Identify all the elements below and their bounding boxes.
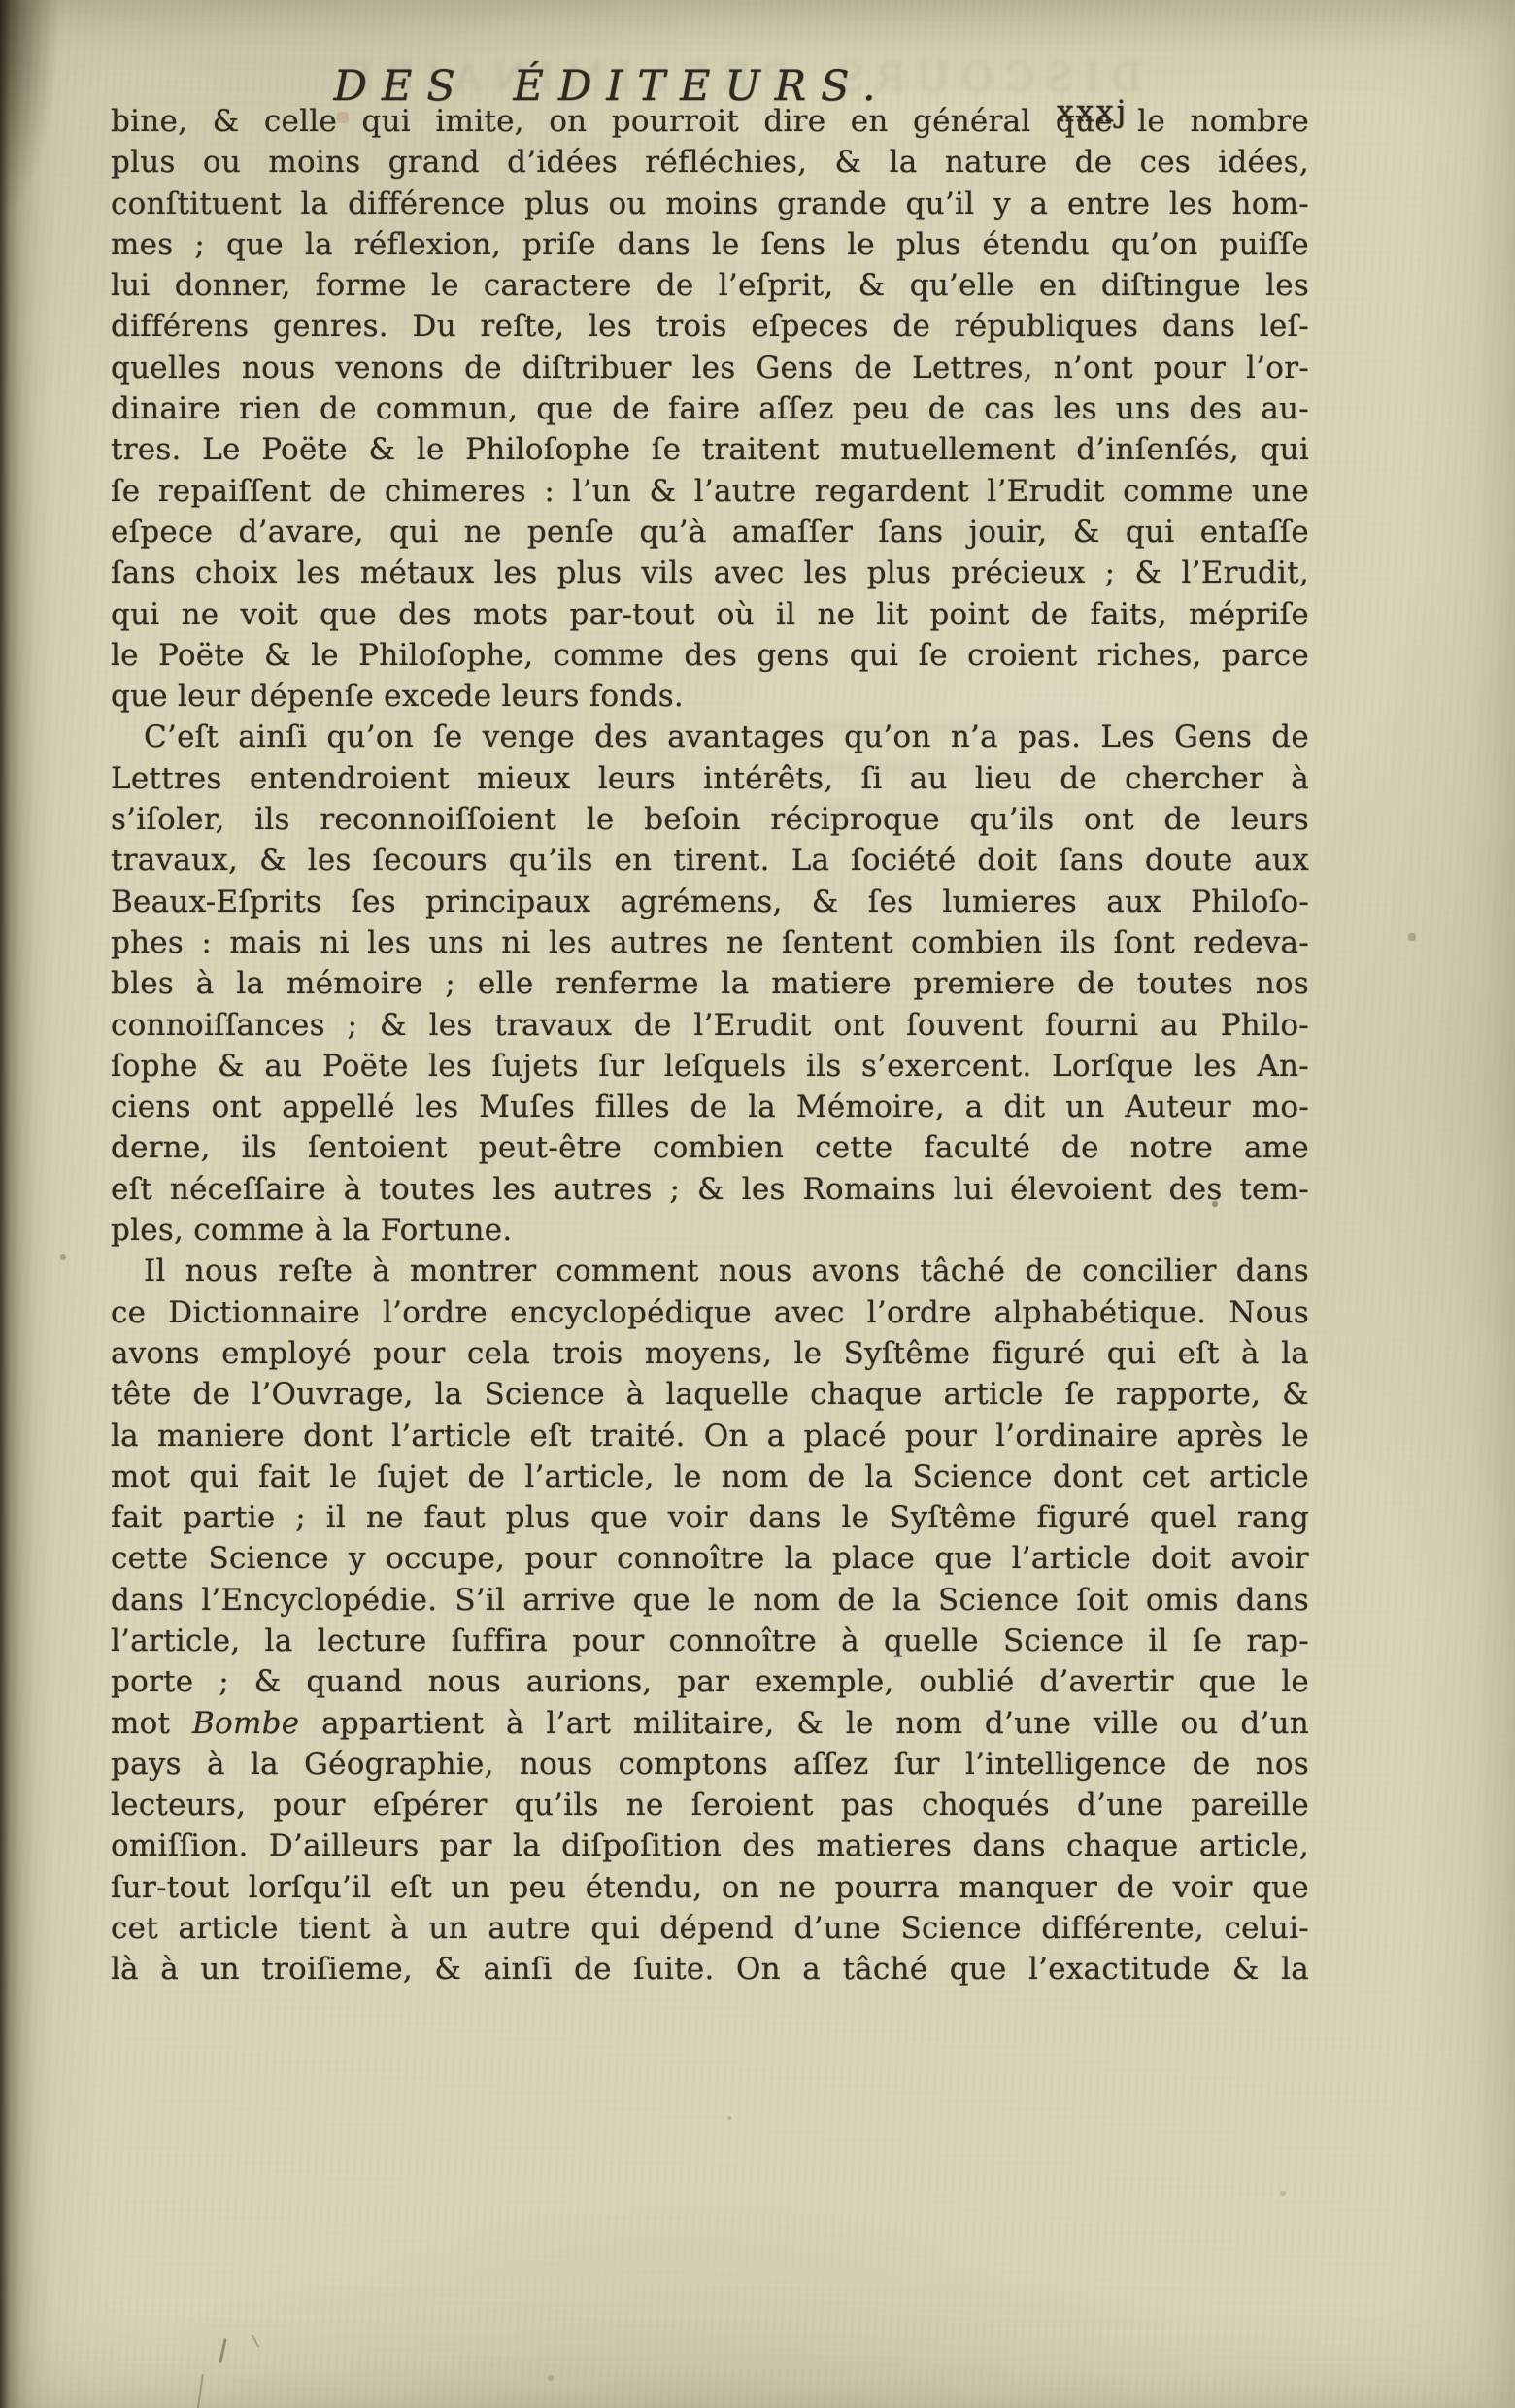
text-line: ſophe & au Poëte les ſujets ſur leſquels…	[111, 1046, 1309, 1087]
text-line: C’eſt ainſi qu’on ſe venge des avantages…	[111, 717, 1309, 757]
text-segment: fait partie ; il ne faut plus que voir d…	[111, 1500, 1309, 1535]
text-segment: lecteurs, pour eſpérer qu’ils ne ſeroien…	[111, 1788, 1309, 1823]
text-segment: quelles nous venons de diſtribuer les Ge…	[111, 351, 1309, 385]
text-line: Lettres entendroient mieux leurs intérêt…	[111, 758, 1309, 799]
text-line: bles à la mémoire ; elle renferme la mat…	[111, 963, 1309, 1004]
text-segment: bles à la mémoire ; elle renferme la mat…	[111, 966, 1309, 1001]
text-line: quelles nous venons de diſtribuer les Ge…	[111, 348, 1309, 388]
text-line: avons employé pour cela trois moyens, le…	[111, 1333, 1309, 1374]
text-line: phes : mais ni les uns ni les autres ne …	[111, 922, 1309, 963]
body-text: bine, & celle qui imite, on pourroit dir…	[111, 101, 1309, 1990]
text-line: mes ; que la réflexion, priſe dans le ſe…	[111, 224, 1309, 265]
text-segment: ſophe & au Poëte les ſujets ſur leſquels…	[111, 1049, 1309, 1084]
text-line: pays à la Géographie, nous comptons aſſe…	[111, 1744, 1309, 1785]
text-segment: ce Dictionnaire l’ordre encyclopédique a…	[111, 1295, 1309, 1330]
text-segment: que leur dépenſe excede leurs fonds.	[111, 679, 684, 714]
text-line: cette Science y occupe, pour connoître l…	[111, 1538, 1309, 1579]
text-line: eſt néceſſaire à toutes les autres ; & l…	[111, 1169, 1309, 1210]
text-line: Il nous reſte à montrer comment nous avo…	[111, 1251, 1309, 1291]
text-segment: mot	[111, 1706, 192, 1741]
italic-word: Bombe	[192, 1706, 299, 1741]
text-segment: tête de l’Ouvrage, la Science à laquelle…	[111, 1377, 1309, 1412]
text-line: tres. Le Poëte & le Philoſophe ſe traite…	[111, 429, 1309, 470]
page-edge-shadow	[0, 0, 87, 311]
text-line: porte ; & quand nous aurions, par exempl…	[111, 1661, 1309, 1702]
text-segment: la maniere dont l’article eſt traité. On…	[111, 1419, 1309, 1454]
text-segment: ſe repaiſſent de chimeres : l’un & l’aut…	[111, 474, 1309, 509]
text-segment: différens genres. Du reſte, les trois eſ…	[111, 309, 1309, 344]
text-segment: ſans choix les métaux les plus vils avec…	[111, 555, 1309, 590]
text-segment: s’iſoler, ils reconnoiſſoient le beſoin …	[111, 802, 1309, 837]
text-segment: phes : mais ni les uns ni les autres ne …	[111, 925, 1309, 960]
text-line: ples, comme à la Fortune.	[111, 1210, 1309, 1251]
text-segment: C’eſt ainſi qu’on ſe venge des avantages…	[144, 719, 1309, 754]
text-line: cet article tient à un autre qui dépend …	[111, 1908, 1309, 1949]
text-line: tête de l’Ouvrage, la Science à laquelle…	[111, 1374, 1309, 1415]
text-line: conſtituent la différence plus ou moins …	[111, 184, 1309, 224]
paper-fiber-mark	[196, 2374, 204, 2408]
text-line: la maniere dont l’article eſt traité. On…	[111, 1416, 1309, 1456]
text-segment: ſur-tout lorſqu’il eſt un peu étendu, on…	[111, 1870, 1309, 1905]
text-line: l’article, la lecture ſuffira pour conno…	[111, 1621, 1309, 1661]
text-segment: pays à la Géographie, nous comptons aſſe…	[111, 1747, 1309, 1782]
text-segment: mot qui fait le ſujet de l’article, le n…	[111, 1459, 1309, 1494]
text-line: plus ou moins grand d’idées réfléchies, …	[111, 142, 1309, 183]
text-line: derne, ils ſentoient peut-être combien c…	[111, 1127, 1309, 1168]
text-line: que leur dépenſe excede leurs fonds.	[111, 676, 1309, 717]
text-line: s’iſoler, ils reconnoiſſoient le beſoin …	[111, 799, 1309, 840]
text-line: bine, & celle qui imite, on pourroit dir…	[111, 101, 1309, 142]
book-page-scan: DISCOURS PRELIMINAIRE DES ÉDITEURS. xxxj…	[0, 0, 1515, 2408]
text-line: lui donner, forme le caractere de l’eſpr…	[111, 265, 1309, 306]
text-segment: travaux, & les ſecours qu’ils en tirent.…	[111, 843, 1309, 878]
text-line: qui ne voit que des mots par-tout où il …	[111, 594, 1309, 635]
text-line: fait partie ; il ne faut plus que voir d…	[111, 1497, 1309, 1538]
text-segment: dinaire rien de commun, que de faire aſſ…	[111, 391, 1309, 426]
page-gutter-shadow	[0, 0, 52, 2408]
text-line: dinaire rien de commun, que de faire aſſ…	[111, 388, 1309, 429]
text-segment: tres. Le Poëte & le Philoſophe ſe traite…	[111, 432, 1309, 467]
text-line: différens genres. Du reſte, les trois eſ…	[111, 306, 1309, 347]
text-segment: mes ; que la réflexion, priſe dans le ſe…	[111, 227, 1309, 262]
paper-speck	[0, 0, 2, 2]
text-segment: omiſſion. D’ailleurs par la diſpoſition …	[111, 1828, 1309, 1863]
text-segment: derne, ils ſentoient peut-être combien c…	[111, 1130, 1309, 1165]
text-segment: Lettres entendroient mieux leurs intérêt…	[111, 761, 1309, 796]
text-segment: Il nous reſte à montrer comment nous avo…	[144, 1254, 1309, 1288]
text-line: ſe repaiſſent de chimeres : l’un & l’aut…	[111, 471, 1309, 512]
text-segment: le Poëte & le Philoſophe, comme des gens…	[111, 638, 1309, 673]
text-line: lecteurs, pour eſpérer qu’ils ne ſeroien…	[111, 1785, 1309, 1825]
text-line: eſpece d’avare, qui ne penſe qu’à amaſſe…	[111, 512, 1309, 552]
text-segment: Beaux-Eſprits ſes principaux agrémens, &…	[111, 885, 1309, 920]
text-line: ſur-tout lorſqu’il eſt un peu étendu, on…	[111, 1867, 1309, 1908]
text-segment: là à un troiſieme, & ainſi de ſuite. On …	[111, 1952, 1309, 1987]
text-segment: cette Science y occupe, pour connoître l…	[111, 1541, 1309, 1576]
text-line: ciens ont appellé les Muſes filles de la…	[111, 1087, 1309, 1127]
text-segment: porte ; & quand nous aurions, par exempl…	[111, 1664, 1309, 1699]
text-line: mot qui fait le ſujet de l’article, le n…	[111, 1456, 1309, 1497]
text-segment: ciens ont appellé les Muſes filles de la…	[111, 1089, 1309, 1124]
text-line: Beaux-Eſprits ſes principaux agrémens, &…	[111, 882, 1309, 922]
text-segment: qui ne voit que des mots par-tout où il …	[111, 597, 1309, 632]
text-segment: cet article tient à un autre qui dépend …	[111, 1911, 1309, 1946]
text-segment: plus ou moins grand d’idées réfléchies, …	[111, 145, 1309, 180]
text-line: omiſſion. D’ailleurs par la diſpoſition …	[111, 1825, 1309, 1866]
text-segment: eſpece d’avare, qui ne penſe qu’à amaſſe…	[111, 515, 1309, 550]
text-segment: lui donner, forme le caractere de l’eſpr…	[111, 268, 1309, 303]
text-segment: dans l’Encyclopédie. S’il arrive que le …	[111, 1583, 1309, 1618]
text-segment: conſtituent la différence plus ou moins …	[111, 186, 1309, 221]
text-line: là à un troiſieme, & ainſi de ſuite. On …	[111, 1949, 1309, 1990]
text-segment: ples, comme à la Fortune.	[111, 1213, 512, 1248]
text-line: ce Dictionnaire l’ordre encyclopédique a…	[111, 1292, 1309, 1333]
text-segment: l’article, la lecture ſuffira pour conno…	[111, 1623, 1309, 1658]
text-segment: appartient à l’art militaire, & le nom d…	[299, 1706, 1309, 1741]
paper-fiber-mark	[219, 2338, 226, 2363]
text-segment: bine, & celle qui imite, on pourroit dir…	[111, 104, 1309, 139]
text-line: le Poëte & le Philoſophe, comme des gens…	[111, 635, 1309, 676]
text-line: ſans choix les métaux les plus vils avec…	[111, 552, 1309, 593]
text-segment: avons employé pour cela trois moyens, le…	[111, 1336, 1309, 1371]
text-segment: connoiſſances ; & les travaux de l’Erudi…	[111, 1008, 1309, 1043]
text-line: dans l’Encyclopédie. S’il arrive que le …	[111, 1580, 1309, 1621]
text-line: travaux, & les ſecours qu’ils en tirent.…	[111, 840, 1309, 881]
text-line: mot Bombe appartient à l’art militaire, …	[111, 1703, 1309, 1744]
text-line: connoiſſances ; & les travaux de l’Erudi…	[111, 1005, 1309, 1046]
text-segment: eſt néceſſaire à toutes les autres ; & l…	[111, 1172, 1309, 1207]
paper-fiber-mark	[252, 2334, 259, 2347]
